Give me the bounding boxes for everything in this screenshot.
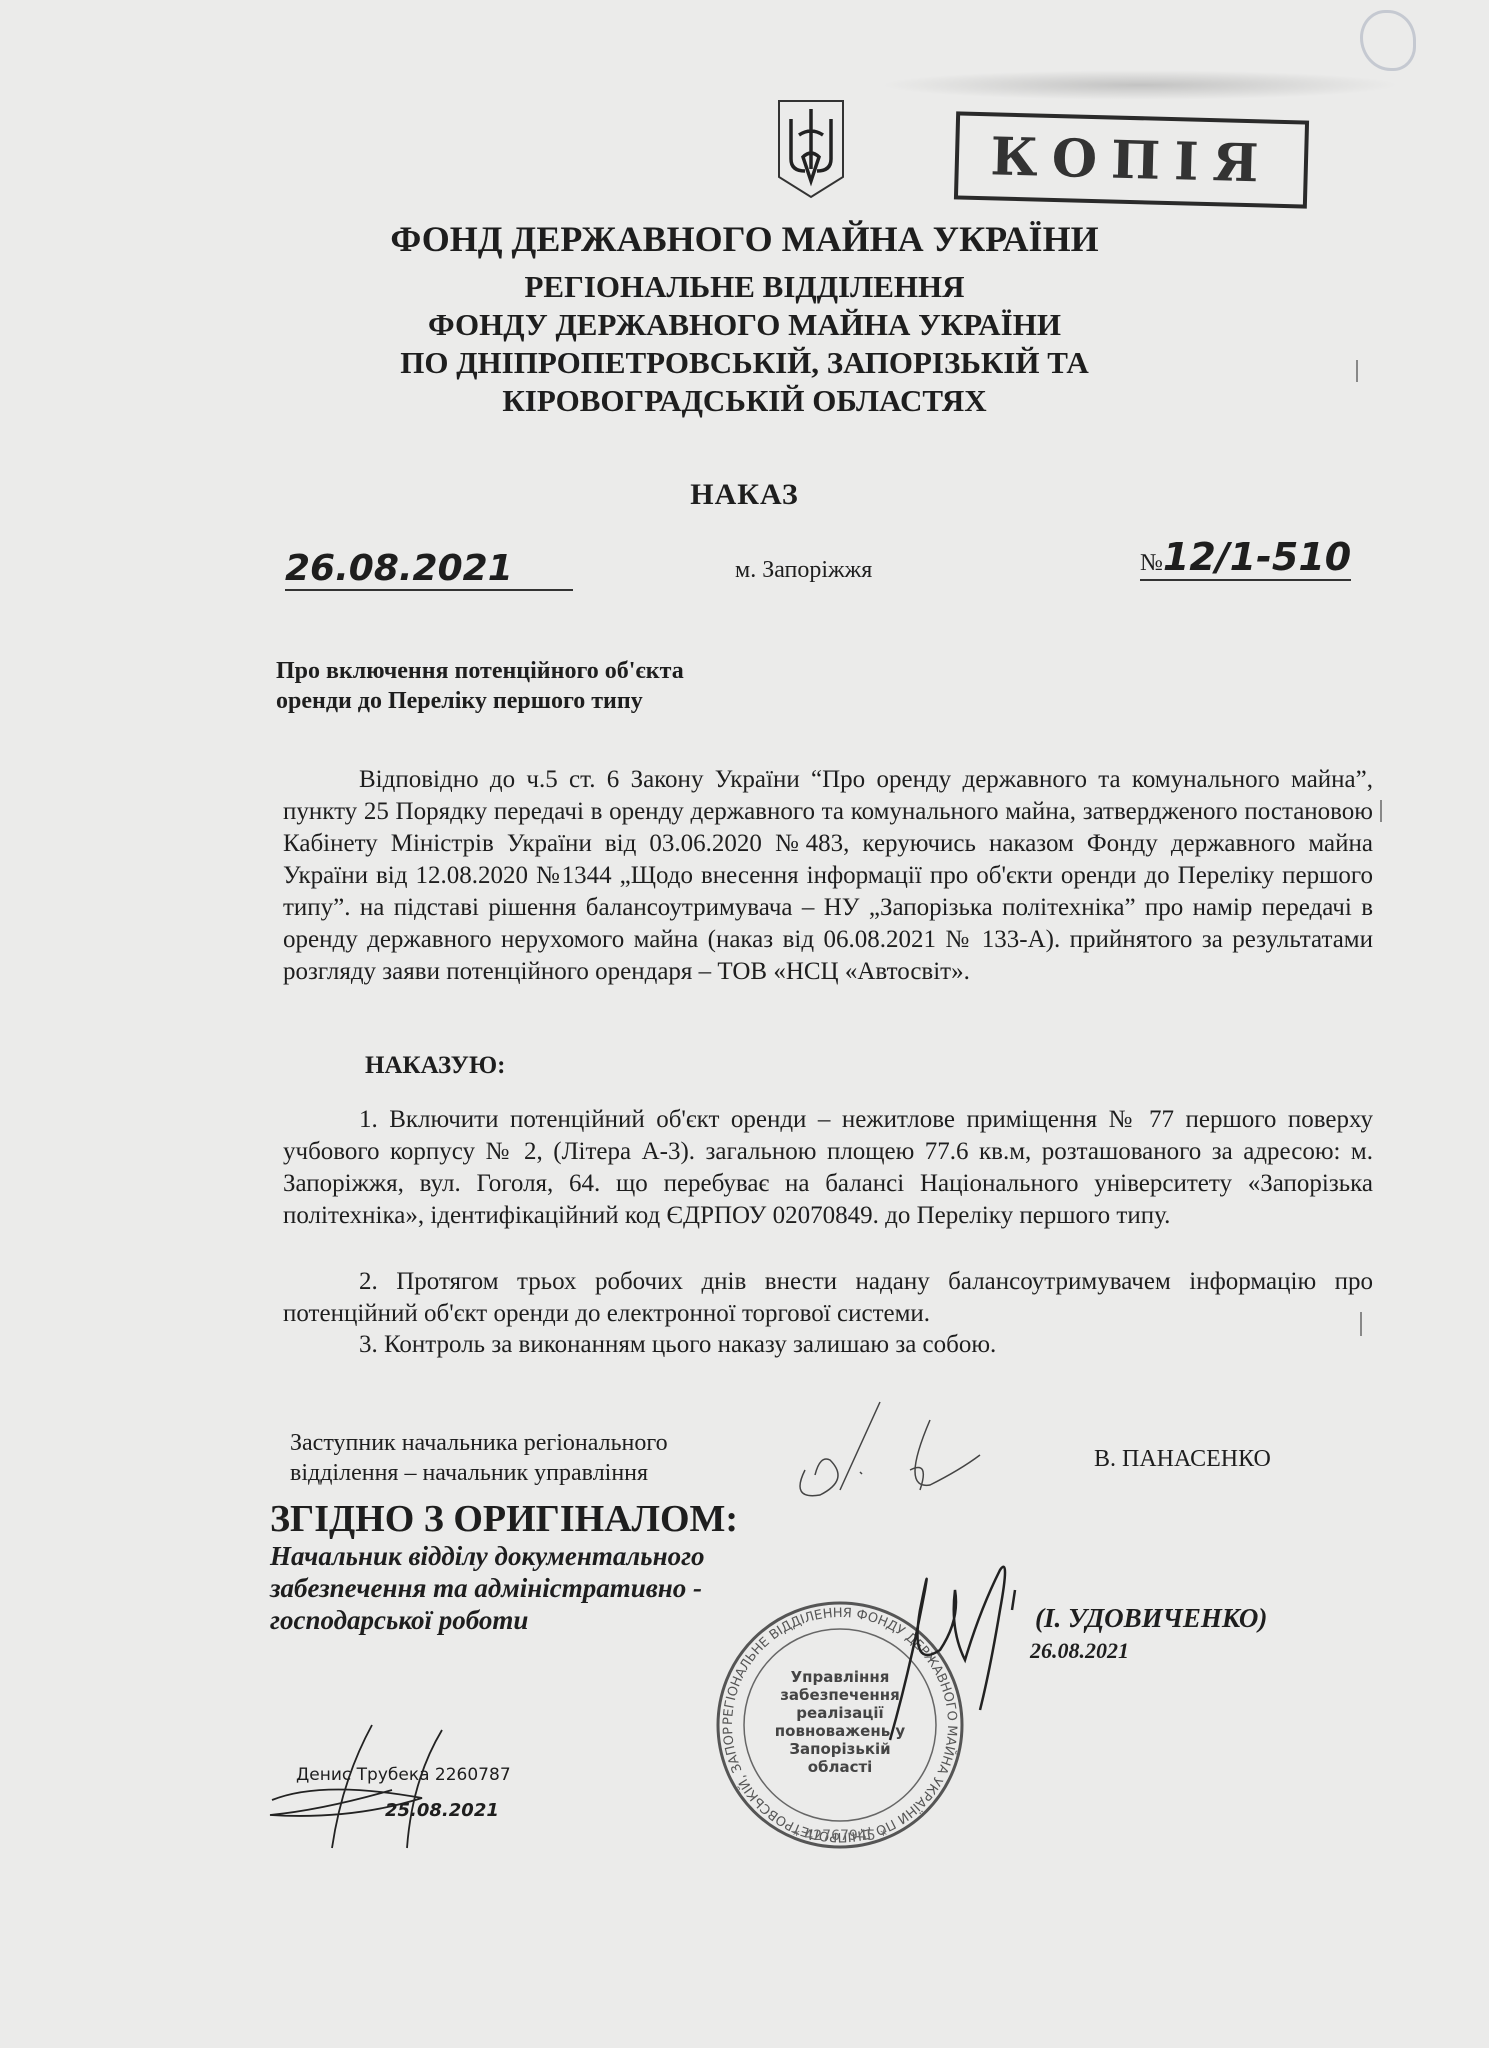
notary-date: 25.08.2021 xyxy=(385,1800,499,1821)
org-subtitle-line: РЕГІОНАЛЬНЕ ВІДДІЛЕННЯ xyxy=(0,268,1489,306)
certifier-role-line: забезпечення та адміністративно - xyxy=(270,1572,705,1604)
order-date: 26.08.2021 xyxy=(285,548,573,591)
signatory-role: Заступник начальника регіонального відді… xyxy=(290,1428,668,1488)
signatory-role-line: відділення – начальник управління xyxy=(290,1458,668,1488)
notary-note: Денис Трубека 2260787 xyxy=(296,1765,511,1785)
corner-scan-mark xyxy=(1360,10,1416,71)
notary-signature-icon xyxy=(262,1720,542,1850)
number-sign: № xyxy=(1140,550,1163,576)
scan-margin-tick xyxy=(1356,360,1358,382)
org-subtitle-line: ПО ДНІПРОПЕТРОВСЬКІЙ, ЗАПОРІЗЬКІЙ ТА xyxy=(0,344,1489,382)
svg-text:* 42767945 *: * 42767945 * xyxy=(793,1828,887,1844)
org-subtitle: РЕГІОНАЛЬНЕ ВІДДІЛЕННЯ ФОНДУ ДЕРЖАВНОГО … xyxy=(0,268,1489,420)
subject-line: Про включення потенційного об'єкта xyxy=(276,656,684,686)
order-number-value: 12/1-510 xyxy=(1163,535,1351,579)
scan-artifact xyxy=(880,70,1400,100)
svg-text:області: області xyxy=(808,1758,873,1776)
scan-margin-tick xyxy=(1380,800,1382,822)
org-title: ФОНД ДЕРЖАВНОГО МАЙНА УКРАЇНИ xyxy=(0,218,1489,260)
signatory-name: В. ПАНАСЕНКО xyxy=(1094,1446,1271,1473)
certification-heading: ЗГІДНО З ОРИГІНАЛОМ: xyxy=(270,1497,738,1541)
order-subject: Про включення потенційного об'єкта оренд… xyxy=(276,656,684,716)
trident-coat-of-arms-icon xyxy=(775,97,847,202)
certifier-signature-icon xyxy=(850,1550,1050,1750)
org-subtitle-line: ФОНДУ ДЕРЖАВНОГО МАЙНА УКРАЇНИ xyxy=(0,306,1489,344)
handwritten-signature-icon xyxy=(780,1400,1020,1510)
certifier-role-line: Начальник відділу документального xyxy=(270,1540,705,1572)
order-item-1: 1. Включити потенційний об'єкт оренди – … xyxy=(283,1104,1373,1232)
copy-stamp: КОПІЯ xyxy=(954,111,1309,208)
order-word: НАКАЗУЮ: xyxy=(365,1052,505,1080)
signatory-role-line: Заступник начальника регіонального xyxy=(290,1428,668,1458)
certifier-role: Начальник відділу документального забезп… xyxy=(270,1540,705,1636)
certifier-role-line: господарської роботи xyxy=(270,1604,705,1636)
document-type: НАКАЗ xyxy=(0,478,1489,512)
certification-date: 26.08.2021 xyxy=(1030,1638,1129,1664)
scan-margin-tick xyxy=(1360,1312,1362,1336)
order-item-2: 2. Протягом трьох робочих днів внести на… xyxy=(283,1266,1373,1330)
org-subtitle-line: КІРОВОГРАДСЬКІЙ ОБЛАСТЯХ xyxy=(0,382,1489,420)
subject-line: оренди до Переліку першого типу xyxy=(276,686,684,716)
certifier-name: (І. УДОВИЧЕНКО) xyxy=(1035,1603,1267,1634)
preamble-paragraph: Відповідно до ч.5 ст. 6 Закону України “… xyxy=(283,764,1373,988)
order-item-3: 3. Контроль за виконанням цього наказу з… xyxy=(283,1329,1373,1361)
order-number: №12/1-510 xyxy=(1140,535,1351,581)
order-city: м. Запоріжжя xyxy=(735,557,872,584)
